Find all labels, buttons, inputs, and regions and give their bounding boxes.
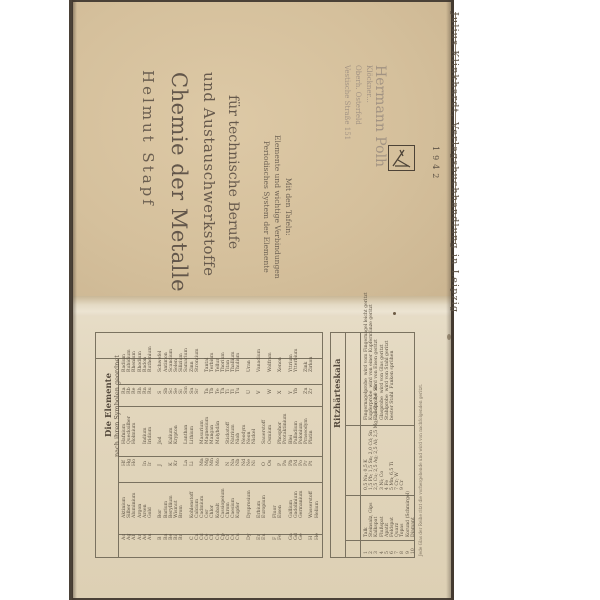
paper-speck [447,334,451,340]
ritz-footnote: Jede Glas der Reihe ritzt die vorhergehe… [418,384,423,556]
table-divider [118,384,323,385]
table-divider [345,540,415,541]
symbol-column: Hf Hg Ho In Ir J K Kr La Li Ma Mg Mn Mo … [122,458,315,466]
page-edge-shadow [72,0,77,600]
hardness-column: 1 2 3 4 5 6 7 8 9 10 [364,548,416,554]
stamp-line: Oberh. Osterfeld [352,65,363,167]
symbol-column: Ac Ag Al Ar As Au B Ba Be Bi Br C Ca Cd … [122,533,320,540]
table-divider [118,406,323,407]
elements-table-subtitle: nach ihren Symbolen geordnet [113,355,121,457]
table-divider [360,332,361,558]
tables-intro: Mit den Tafeln: [283,135,294,279]
book-subtitle-line-1: und Austauschwerkstoffe [200,72,218,277]
book-subtitle-line-2: für technische Berufe [225,95,241,249]
author-name: Helmut Stapf [139,70,157,208]
stamp-line: Vestische Straße 151 [341,65,352,167]
name-column: Aktinium Silber Aluminium Argon Arsen Go… [122,488,320,518]
scanned-book-spread: Helmut Stapf Chemie der Metalle und Aust… [0,0,600,600]
name-column: Radium Rubidium Rhenium Rhodium Radon Ru… [122,346,315,372]
minerals-column: Talk Steinsalz, Gips Kalkspat Flußspat A… [364,491,416,537]
publisher-line: Julius Klinkhardt, Verlagsbuchhandlung i… [449,12,460,313]
owner-stamp: Hermann Polh Klöckner... Oberh. Osterfel… [341,65,385,167]
tables-note: Mit den Tafeln: Elemente und wichtige Ve… [261,135,294,279]
practical-column: Fingernagelprobe wird vom Fingernagel le… [364,292,395,420]
table-divider [118,456,323,457]
symbol-column: Ra Rb Re Rh Rn Ru S Sb Sc Se Si Sm Sn Sr… [122,386,315,394]
tables-line-2: Periodisches System der Elemente [261,135,272,279]
tables-line-1: Elemente und wichtige Verbindungen [272,135,283,279]
stamp-name: Hermann Polh [374,65,385,167]
name-column: Hafnium Quecksilber Holmium Indium Iridi… [122,414,315,444]
table-divider [345,332,346,558]
jk-monogram-icon [388,145,415,171]
table-divider [118,482,323,483]
book-title: Chemie der Metalle [167,72,191,292]
ritz-table-title: Ritzhärteskala [333,359,343,428]
publication-year: 1942 [431,146,440,182]
